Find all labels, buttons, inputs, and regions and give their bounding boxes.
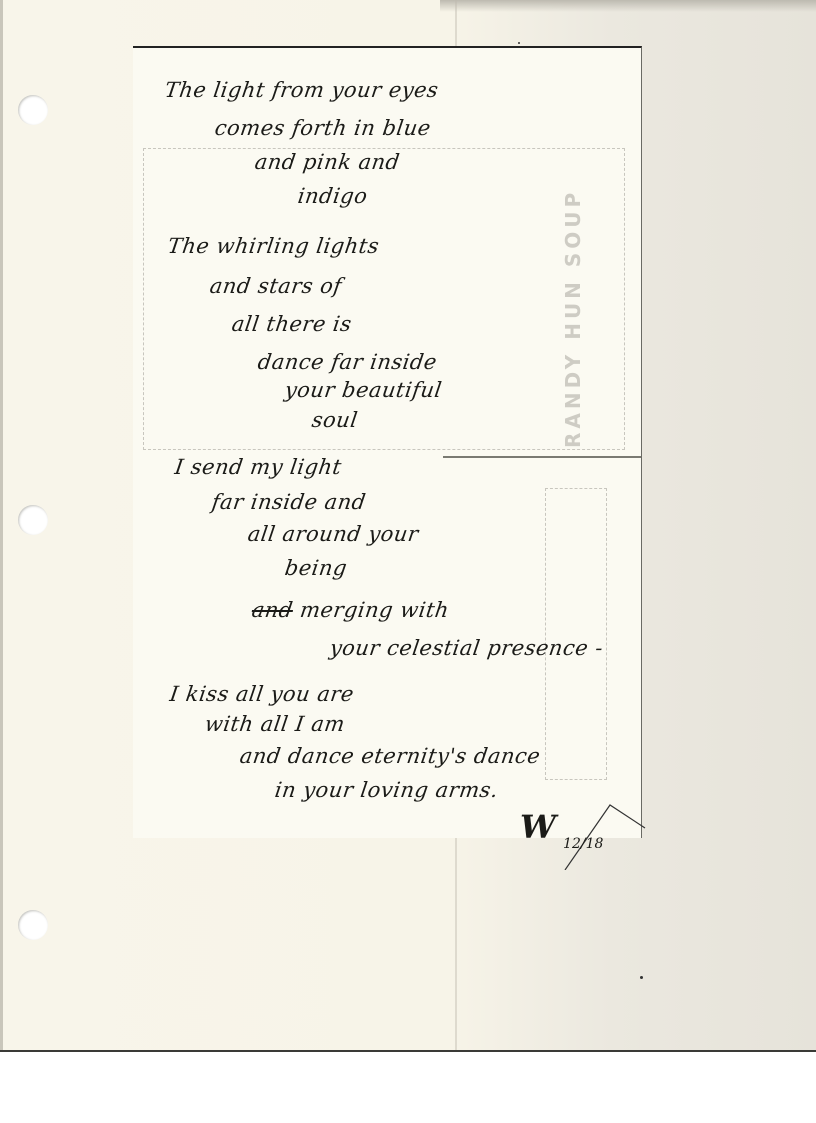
poem-line-with-strike: and merging with [250,598,450,622]
scanned-page: RANDY HUN SOUP The light from your eyes … [0,0,816,1052]
poem-line: indigo [296,184,369,208]
poem-line: your celestial presence - [328,636,604,660]
signature-initial: W [520,808,556,846]
poem-line: all around your [246,522,420,546]
struck-word: and [250,598,294,622]
signature: W 12/18 [520,808,601,846]
poem-line: and stars of [208,274,343,298]
poem-line: dance far inside [256,350,438,374]
scan-margin-blank [0,1052,816,1123]
poem-line: far inside and [210,490,367,514]
signature-date: 12/18 [563,836,603,852]
poem-line: The whirling lights [166,234,380,258]
poem-line: and pink and [253,150,401,174]
poem-line: The light from your eyes [163,78,440,102]
poem-line: all there is [230,312,353,336]
poem-line: soul [310,408,359,432]
poem-line: and dance eternity's dance [238,744,542,768]
poem-line-text: merging with [299,598,451,622]
poem-line: comes forth in blue [213,116,432,140]
poem: The light from your eyes comes forth in … [0,0,816,1050]
poem-line: I kiss all you are [168,682,355,706]
poem-line: your beautiful [283,378,443,402]
poem-line: I send my light [173,455,343,479]
poem-line: being [283,556,348,580]
poem-line: with all I am [203,712,346,736]
poem-line: in your loving arms. [273,778,500,802]
